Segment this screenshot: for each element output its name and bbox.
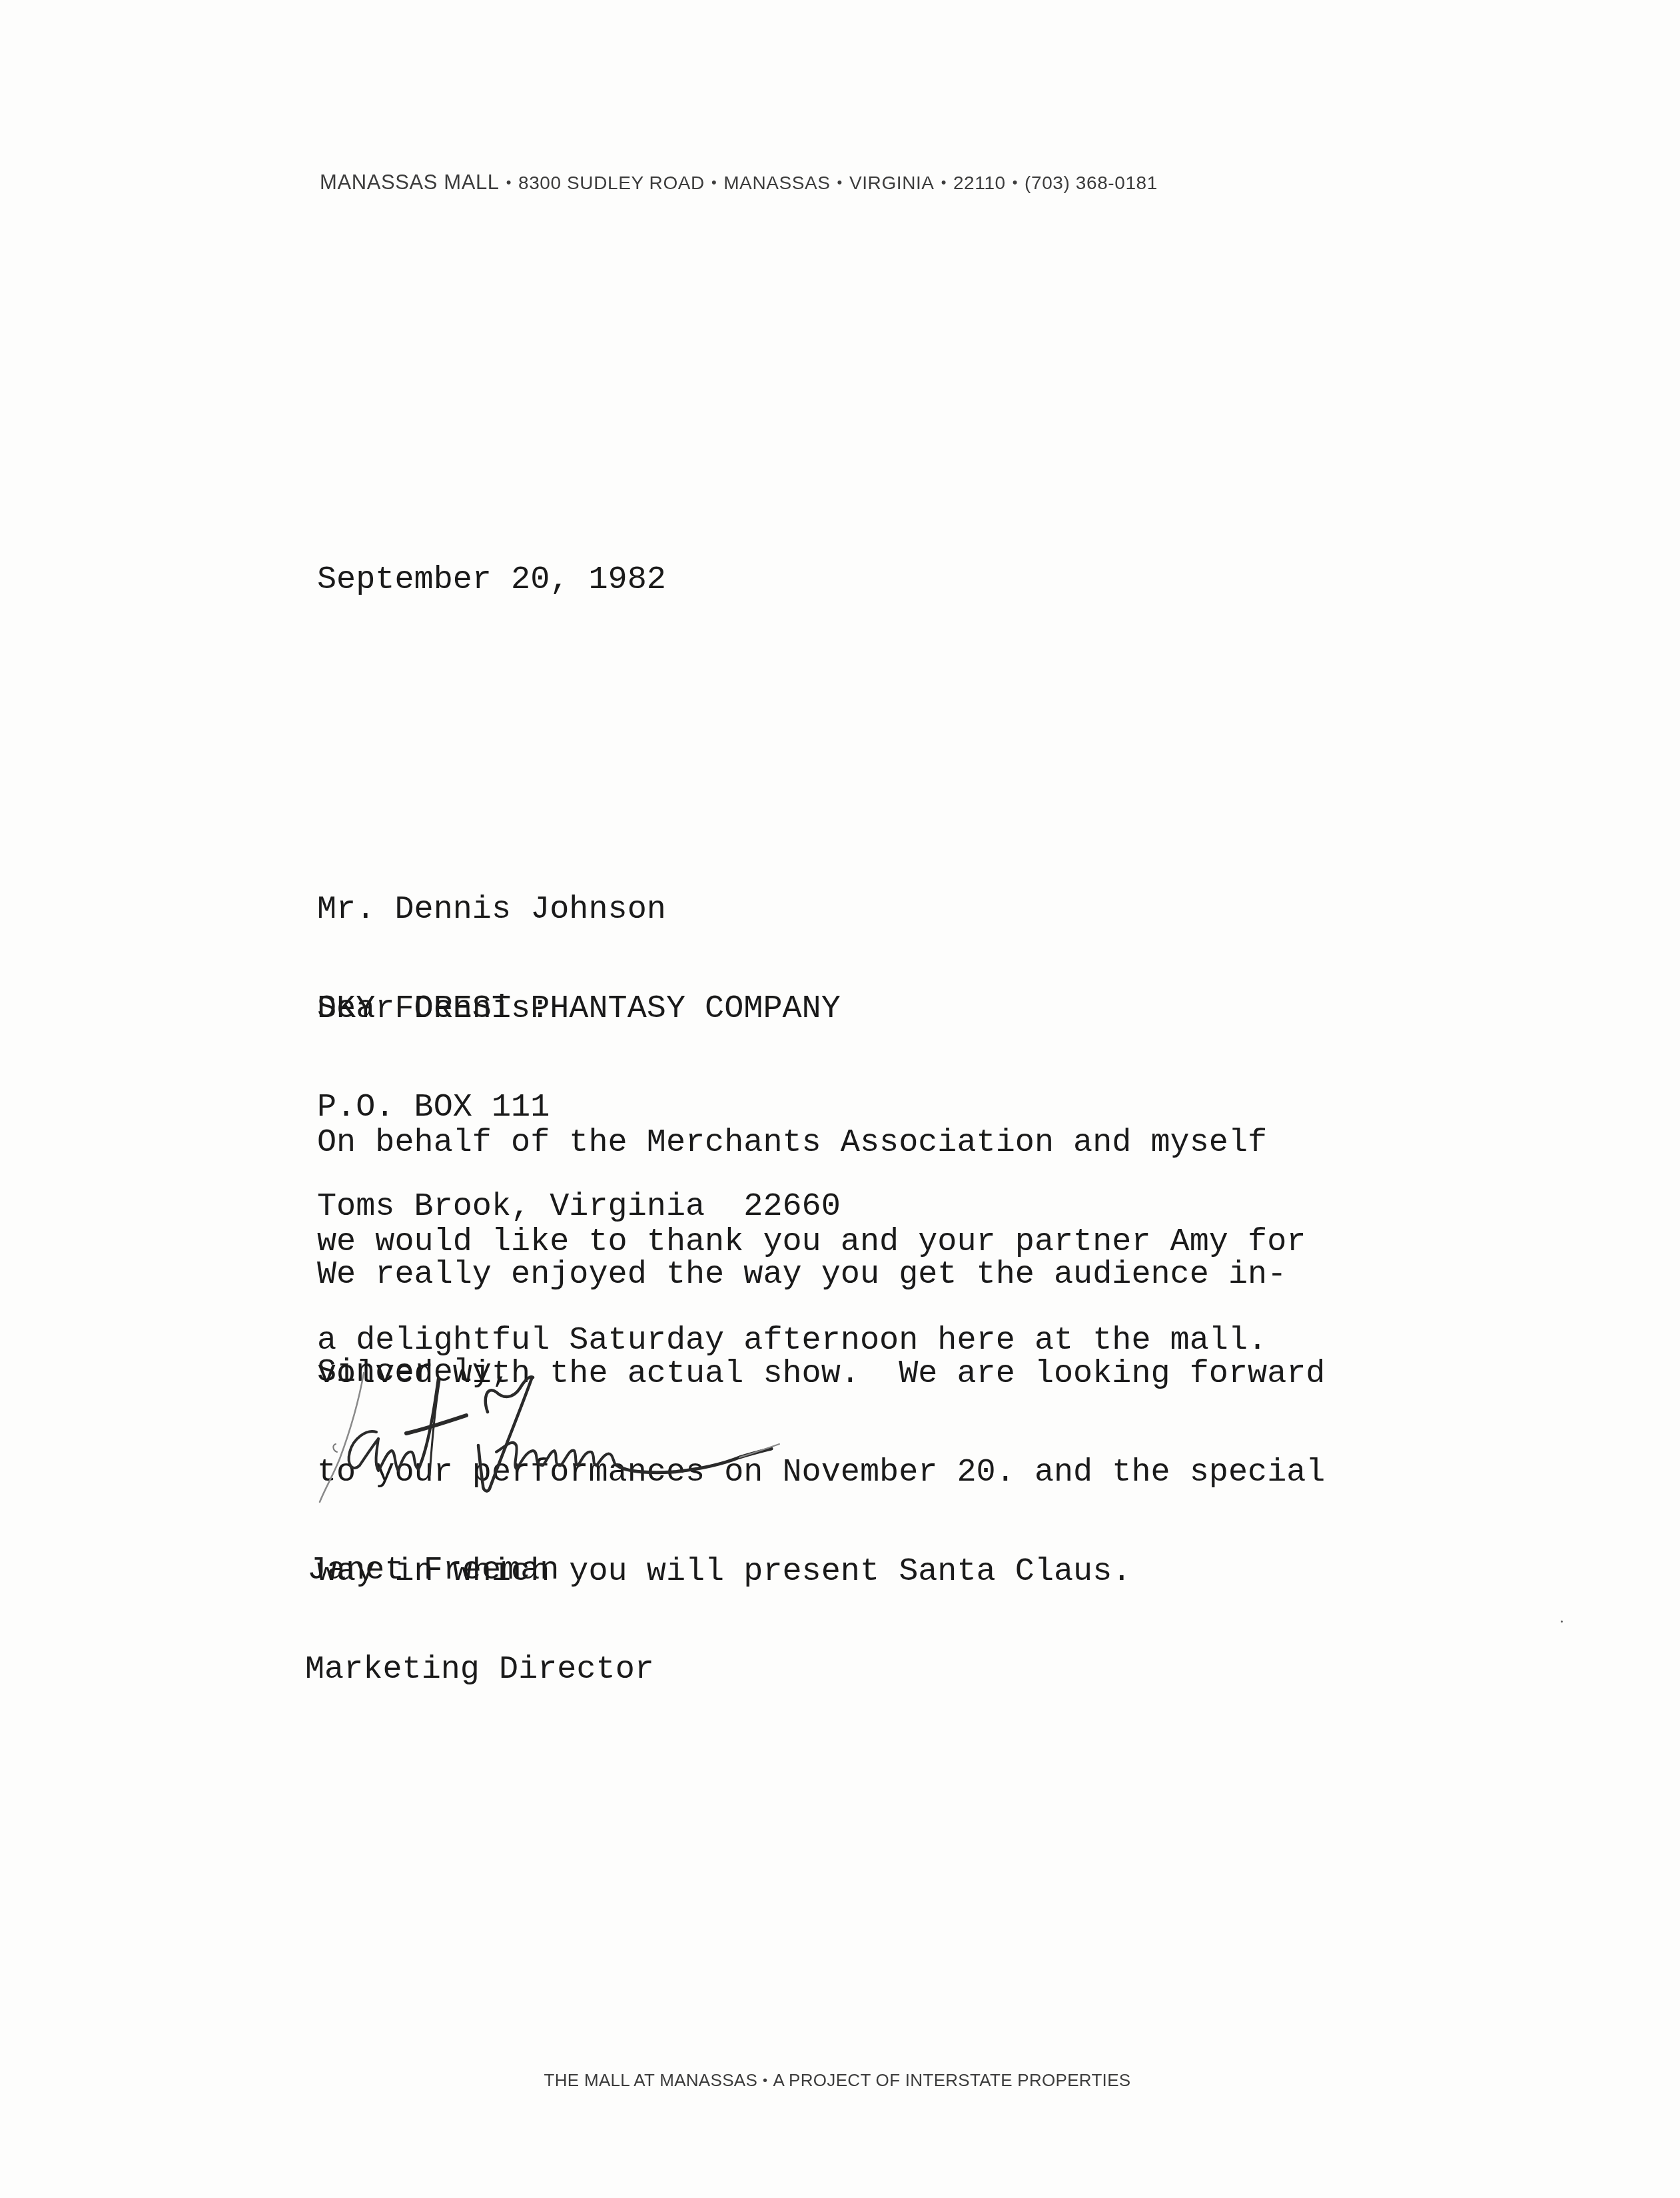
bullet-separator-icon: • [763,2073,767,2089]
recipient-name: Mr. Dennis Johnson [317,893,841,926]
signer-name-text: Janet Freeman [307,1552,559,1589]
signer-name: Janet Freeman [305,1554,654,1587]
signer-title-text: Marketing Director [305,1651,654,1688]
signer-block: Janet Freeman Marketing Director [305,1488,654,1719]
letterhead-state: VIRGINIA [849,173,935,193]
paragraph-line: We really enjoyed the way you get the au… [317,1258,1325,1291]
salutation: Dear Dennis: [317,992,550,1026]
letterhead-city: MANASSAS [723,173,830,193]
bullet-separator-icon: • [506,169,512,196]
bullet-separator-icon: • [711,169,717,196]
bullet-separator-icon: • [837,169,843,196]
footer-project: A PROJECT OF INTERSTATE PROPERTIES [773,2070,1130,2090]
letterhead-mall-name: MANASSAS MALL [320,171,500,194]
bullet-separator-icon: • [1013,169,1018,196]
footer-mall-name: THE MALL AT MANASSAS [544,2070,758,2090]
paper-speck [1561,1621,1563,1623]
letterhead-phone: (703) 368-0181 [1025,173,1158,193]
letter-date: September 20, 1982 [317,563,666,597]
bullet-separator-icon: • [941,169,947,196]
letterhead-zip: 22110 [953,173,1006,193]
footer-text: THE MALL AT MANASSAS•A PROJECT OF INTERS… [544,2070,1131,2091]
footer: THE MALL AT MANASSAS•A PROJECT OF INTERS… [0,2070,1680,2091]
handwritten-signature-icon [313,1372,946,1505]
signer-title: Marketing Director [305,1653,654,1686]
letterhead-street: 8300 SUDLEY ROAD [518,173,705,193]
paragraph-line: On behalf of the Merchants Association a… [317,1126,1306,1160]
letterhead: MANASSAS MALL•8300 SUDLEY ROAD•MANASSAS•… [320,169,1372,196]
